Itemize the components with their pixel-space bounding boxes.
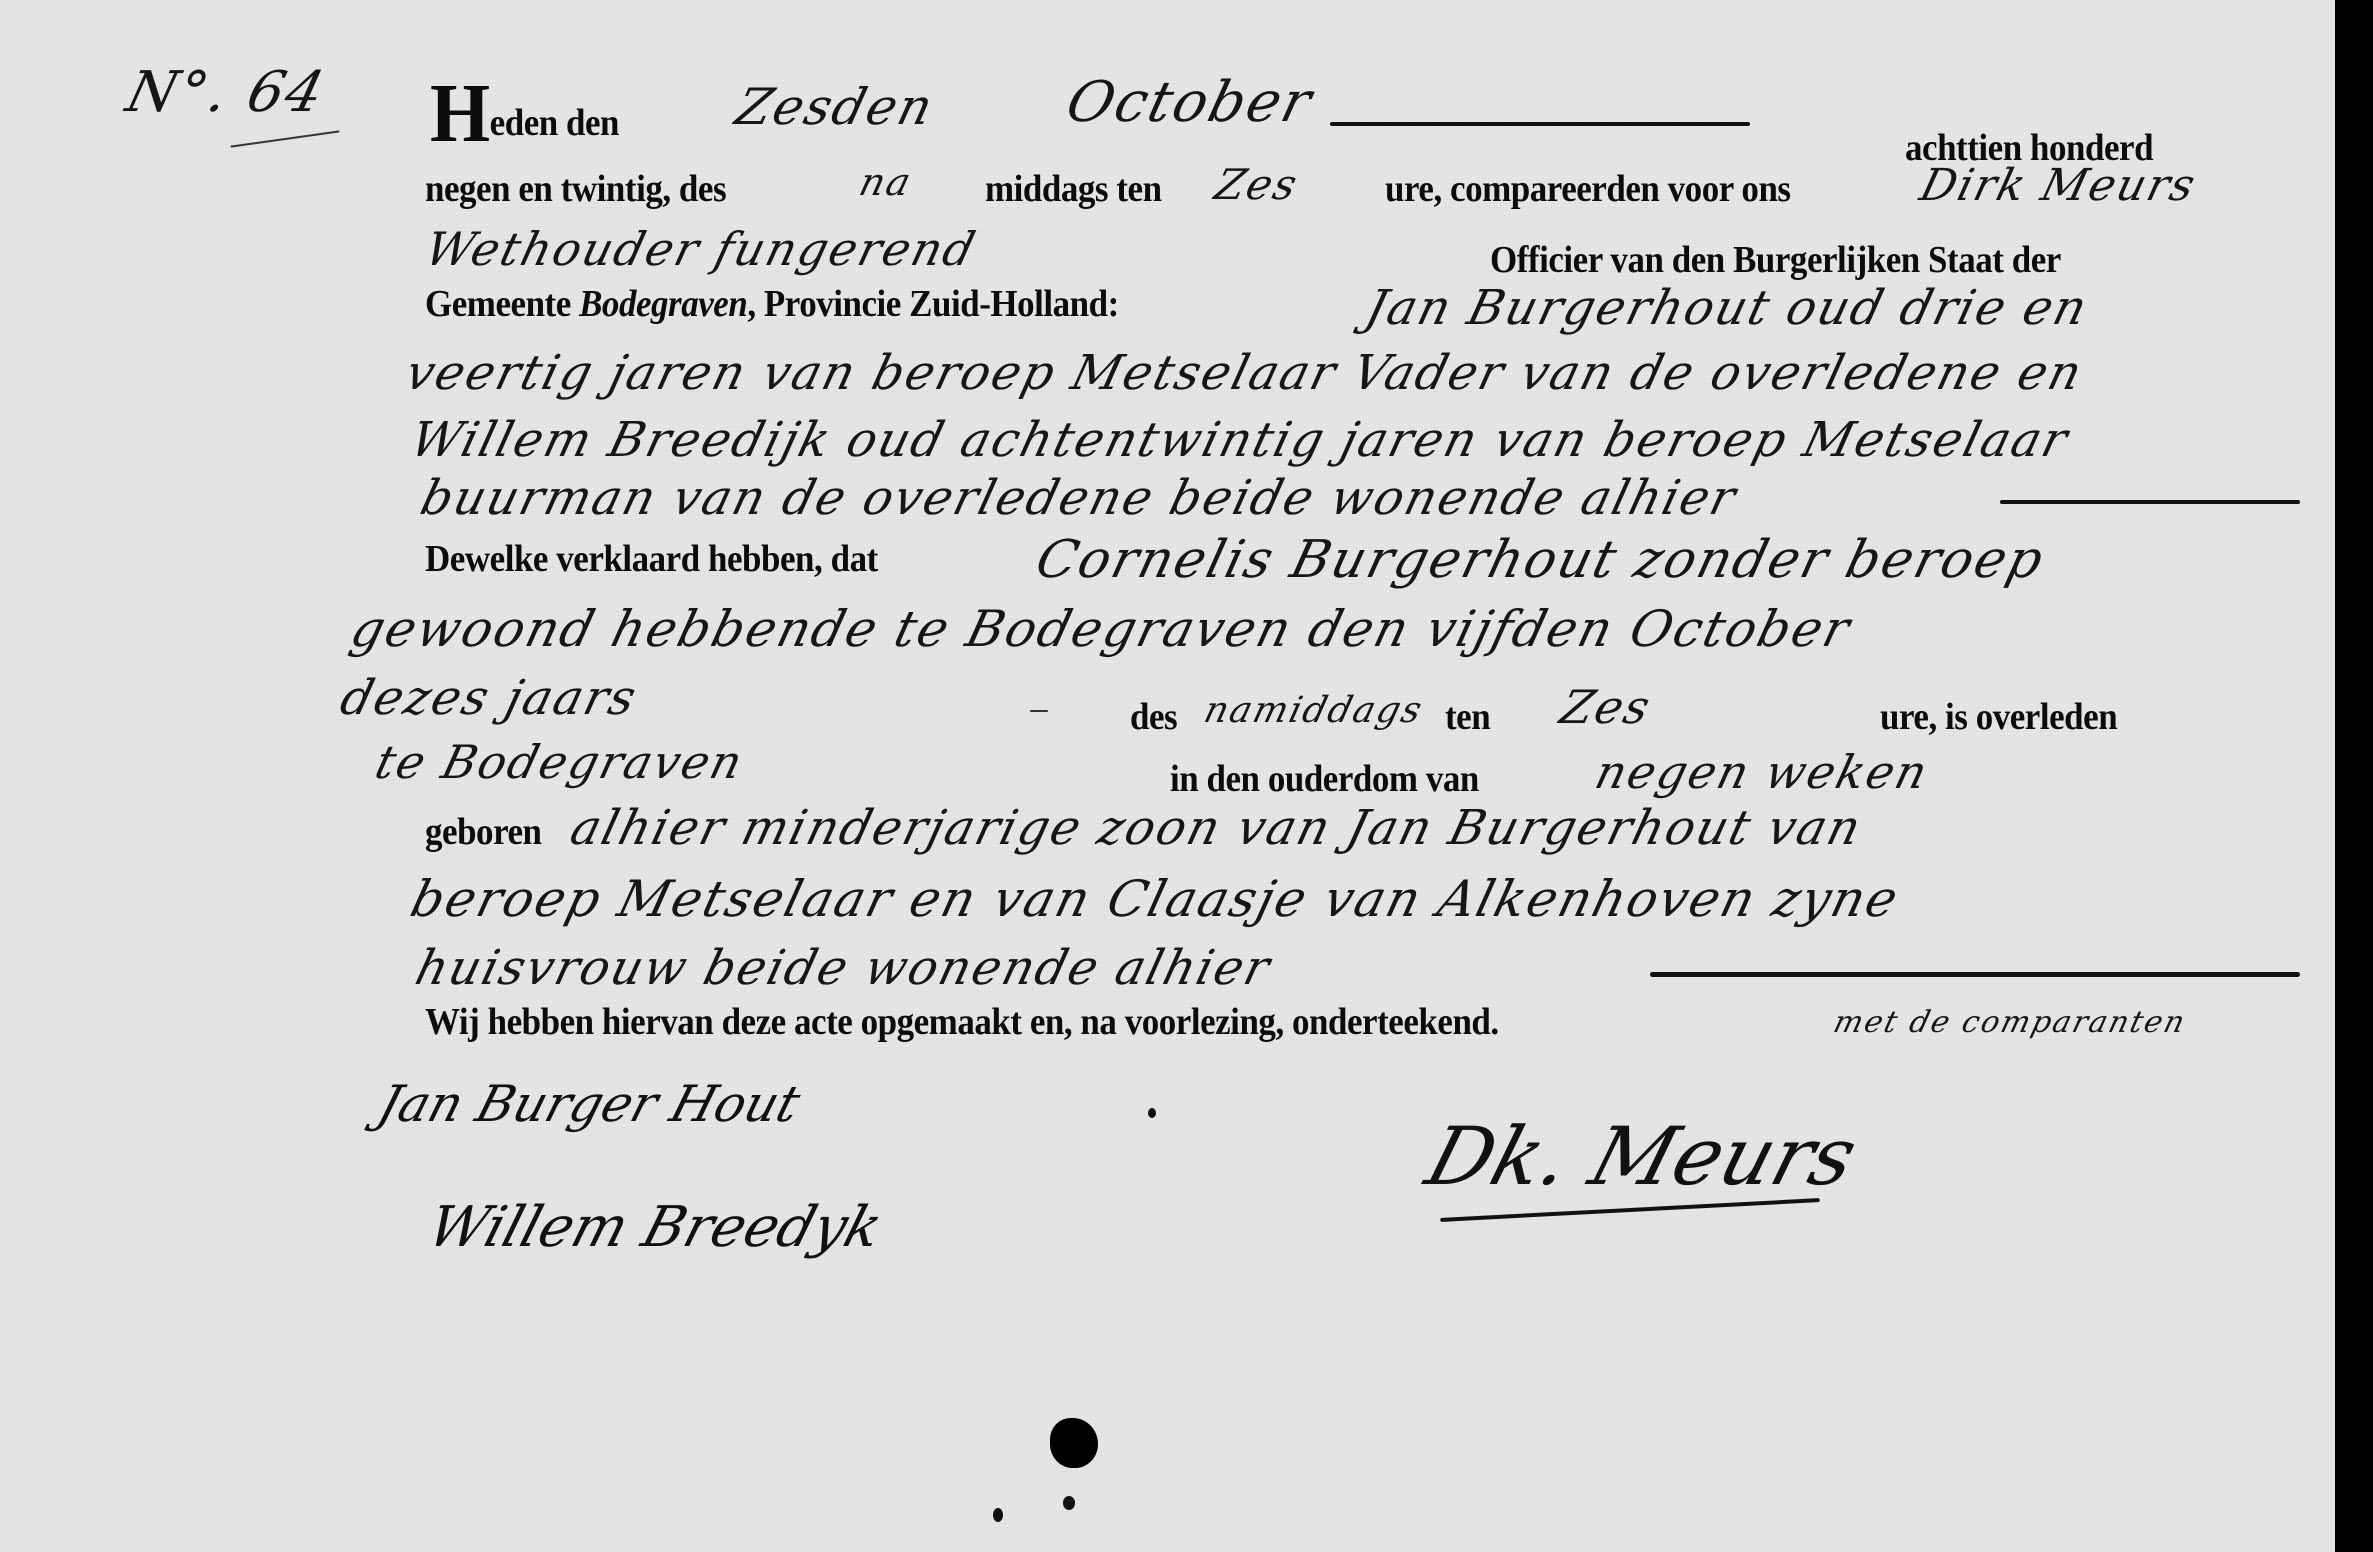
printed-des: des bbox=[1130, 695, 1177, 739]
printed-line-2c: ure, compareerden voor ons bbox=[1385, 167, 1791, 211]
signature-declarant-1: Jan Burger Hout bbox=[372, 1075, 807, 1133]
hand-death-hour: Zes bbox=[1555, 680, 1657, 734]
printed-geboren: geboren bbox=[425, 810, 542, 854]
printed-line-1: Heden den bbox=[430, 72, 619, 156]
hand-day: Zesden bbox=[730, 78, 940, 136]
printed-ten: ten bbox=[1445, 695, 1490, 739]
hand-place-of-death: te Bodegraven bbox=[370, 735, 750, 789]
printed-municipality: Bodegraven bbox=[579, 283, 747, 325]
printed-line-8: Dewelke verklaard hebben, dat bbox=[425, 537, 878, 581]
printed-heden-den: eden den bbox=[490, 102, 619, 144]
ink-speck bbox=[1063, 1496, 1075, 1510]
hand-line-10: dezes jaars bbox=[335, 670, 643, 726]
hand-line-7: buurman van de overledene beide wonende … bbox=[415, 470, 1743, 526]
hand-month: October bbox=[1060, 70, 1319, 135]
hand-officer-title: Wethouder fungerend bbox=[420, 222, 982, 276]
printed-line-2a: negen en twintig, des bbox=[425, 167, 726, 211]
fill-line-7 bbox=[2000, 500, 2300, 504]
hand-line-13: beroep Metselaar en van Claasje van Alke… bbox=[405, 870, 1905, 928]
drop-initial: H bbox=[430, 67, 490, 160]
printed-ouderdom: in den ouderdom van bbox=[1170, 757, 1479, 801]
hand-hour: Zes bbox=[1210, 160, 1304, 209]
hand-line-6: Willem Breedijk oud achtentwintig jaren … bbox=[405, 412, 2075, 468]
printed-line-3: Officier van den Burgerlijken Staat der bbox=[1490, 238, 2061, 282]
document-page: N°. 64 Heden den Zesden October achttien… bbox=[0, 0, 2335, 1552]
signature-declarant-2: Willem Breedyk bbox=[421, 1195, 890, 1260]
printed-line-4: Gemeente Bodegraven, Provincie Zuid-Holl… bbox=[425, 282, 1119, 326]
printed-line-2b: middags ten bbox=[985, 167, 1162, 211]
fill-line-1 bbox=[1330, 122, 1750, 126]
hand-line-14: huisvrouw beide wonende alhier bbox=[410, 940, 1277, 996]
hand-line-12: alhier minderjarige zoon van Jan Burgerh… bbox=[565, 800, 1868, 856]
fill-line-14 bbox=[1650, 972, 2300, 977]
printed-overleden: ure, is overleden bbox=[1880, 695, 2117, 739]
ink-speck bbox=[993, 1508, 1003, 1522]
hand-age: negen weken bbox=[1590, 745, 1935, 799]
hand-ampm: na bbox=[855, 160, 917, 204]
printed-province: , Provincie Zuid-Holland: bbox=[747, 283, 1118, 325]
hand-line-9: gewoond hebbende te Bodegraven den vijfd… bbox=[345, 600, 1857, 658]
hand-deceased-name: Cornelis Burgerhout zonder beroep bbox=[1030, 530, 2051, 590]
record-number-underline bbox=[230, 130, 339, 147]
record-number: N°. 64 bbox=[120, 60, 332, 125]
hand-namiddags: namiddags bbox=[1200, 690, 1428, 731]
printed-closing: Wij hebben hiervan deze acte opgemaakt e… bbox=[425, 1000, 1499, 1044]
hand-closing-note: met de comparanten bbox=[1830, 1005, 2190, 1040]
dash-line-10 bbox=[1030, 710, 1048, 712]
printed-gemeente: Gemeente bbox=[425, 283, 571, 325]
hand-line-4: Jan Burgerhout oud drie en bbox=[1360, 280, 2094, 336]
hand-line-5: veertig jaren van beroep Metselaar Vader… bbox=[400, 345, 2089, 401]
scan-border bbox=[2335, 0, 2373, 1552]
hand-officer-name: Dirk Meurs bbox=[1915, 160, 2202, 211]
ink-speck bbox=[1148, 1108, 1156, 1118]
signature-officer: Dk. Meurs bbox=[1417, 1110, 1867, 1203]
ink-blot bbox=[1050, 1418, 1098, 1468]
